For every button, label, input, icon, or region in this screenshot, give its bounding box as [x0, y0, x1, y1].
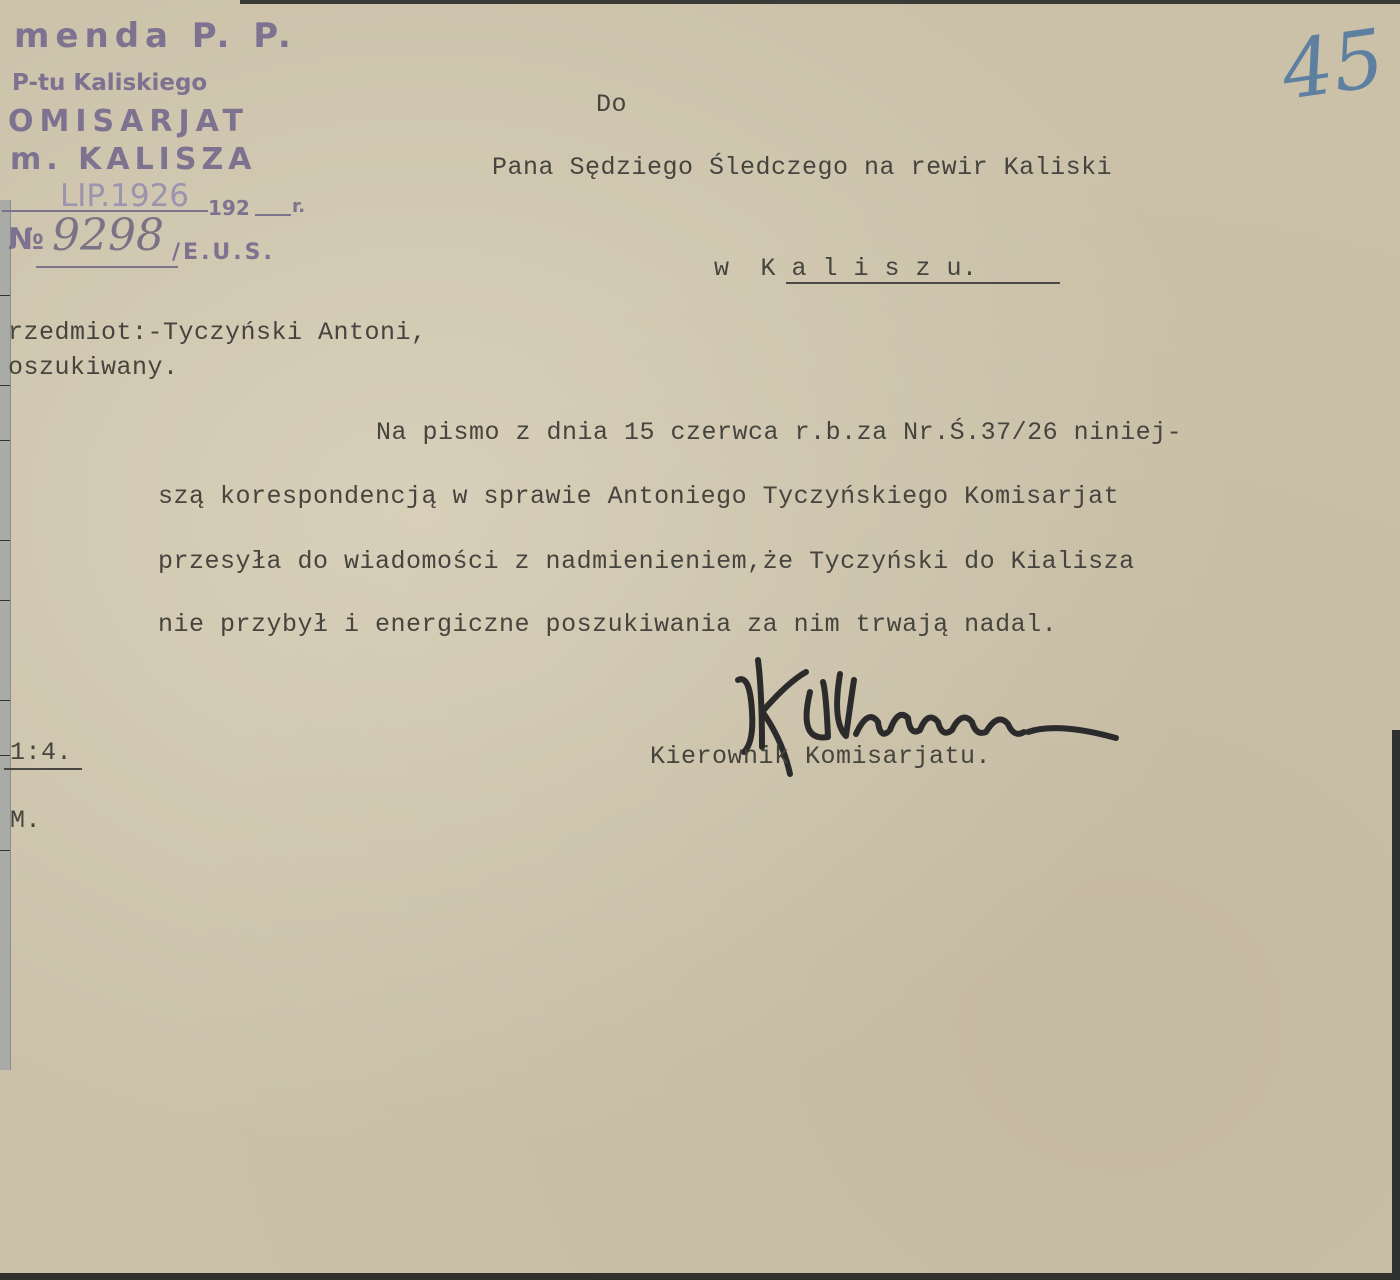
binding-tick: [0, 850, 10, 851]
body-line-1: Na pismo z dnia 15 czerwca r.b.za Nr.Ś.3…: [376, 418, 1182, 447]
binding-tick: [0, 600, 10, 601]
stamp-number-suffix: /E.U.S.: [172, 240, 275, 265]
page-right-edge: [1392, 730, 1400, 1280]
stamp-year-suffix: r.: [292, 196, 305, 217]
closing-title: Kierownik Komisarjatu.: [650, 742, 991, 771]
addressee-location-underline: [786, 282, 1060, 284]
binding-tick: [0, 755, 10, 756]
addressee-recipient: Pana Sędziego Śledczego na rewir Kaliski: [492, 153, 1112, 182]
stamp-line-4: m. KALISZA: [10, 142, 256, 177]
binding-tick: [0, 385, 10, 386]
body-line-3: przesyła do wiadomości z nadmienieniem,ż…: [158, 547, 1135, 576]
stamp-line-3: OMISARJAT: [8, 104, 249, 139]
addressee-to: Do: [596, 90, 627, 119]
initial-note: M.: [10, 806, 41, 835]
stamp-year: 192: [208, 196, 250, 220]
stamp-number-underline: [36, 266, 178, 268]
stamp-number-handwritten: 9298: [52, 210, 164, 261]
subject-line-2: oszukiwany.: [8, 353, 179, 382]
body-line-4: nie przybył i energiczne poszukiwania za…: [158, 610, 1057, 639]
binding-tick: [0, 295, 10, 296]
binding-tick: [0, 700, 10, 701]
document-page: menda P. P. P-tu Kaliskiego OMISARJAT m.…: [0, 0, 1400, 1280]
stamp-date: LIP.1926: [60, 178, 189, 214]
page-number: 45: [1276, 11, 1390, 117]
stamp-line-1: menda P. P.: [14, 16, 297, 56]
page-top-edge: [240, 0, 1400, 4]
attachments-underline: [4, 768, 82, 770]
stamp-year-underline: [255, 214, 291, 216]
page-bottom-edge: [0, 1273, 1400, 1280]
stamp-number-label: №: [8, 222, 44, 257]
binding-tick: [0, 440, 10, 441]
stamp-line-2: P-tu Kaliskiego: [12, 70, 207, 96]
addressee-location: w K a l i s z u.: [714, 254, 978, 283]
body-line-2: szą korespondencją w sprawie Antoniego T…: [158, 482, 1119, 511]
binding-tick: [0, 540, 10, 541]
subject-line-1: rzedmiot:-Tyczyński Antoni,: [8, 318, 427, 347]
attachments-note: 1:4.: [10, 738, 72, 767]
